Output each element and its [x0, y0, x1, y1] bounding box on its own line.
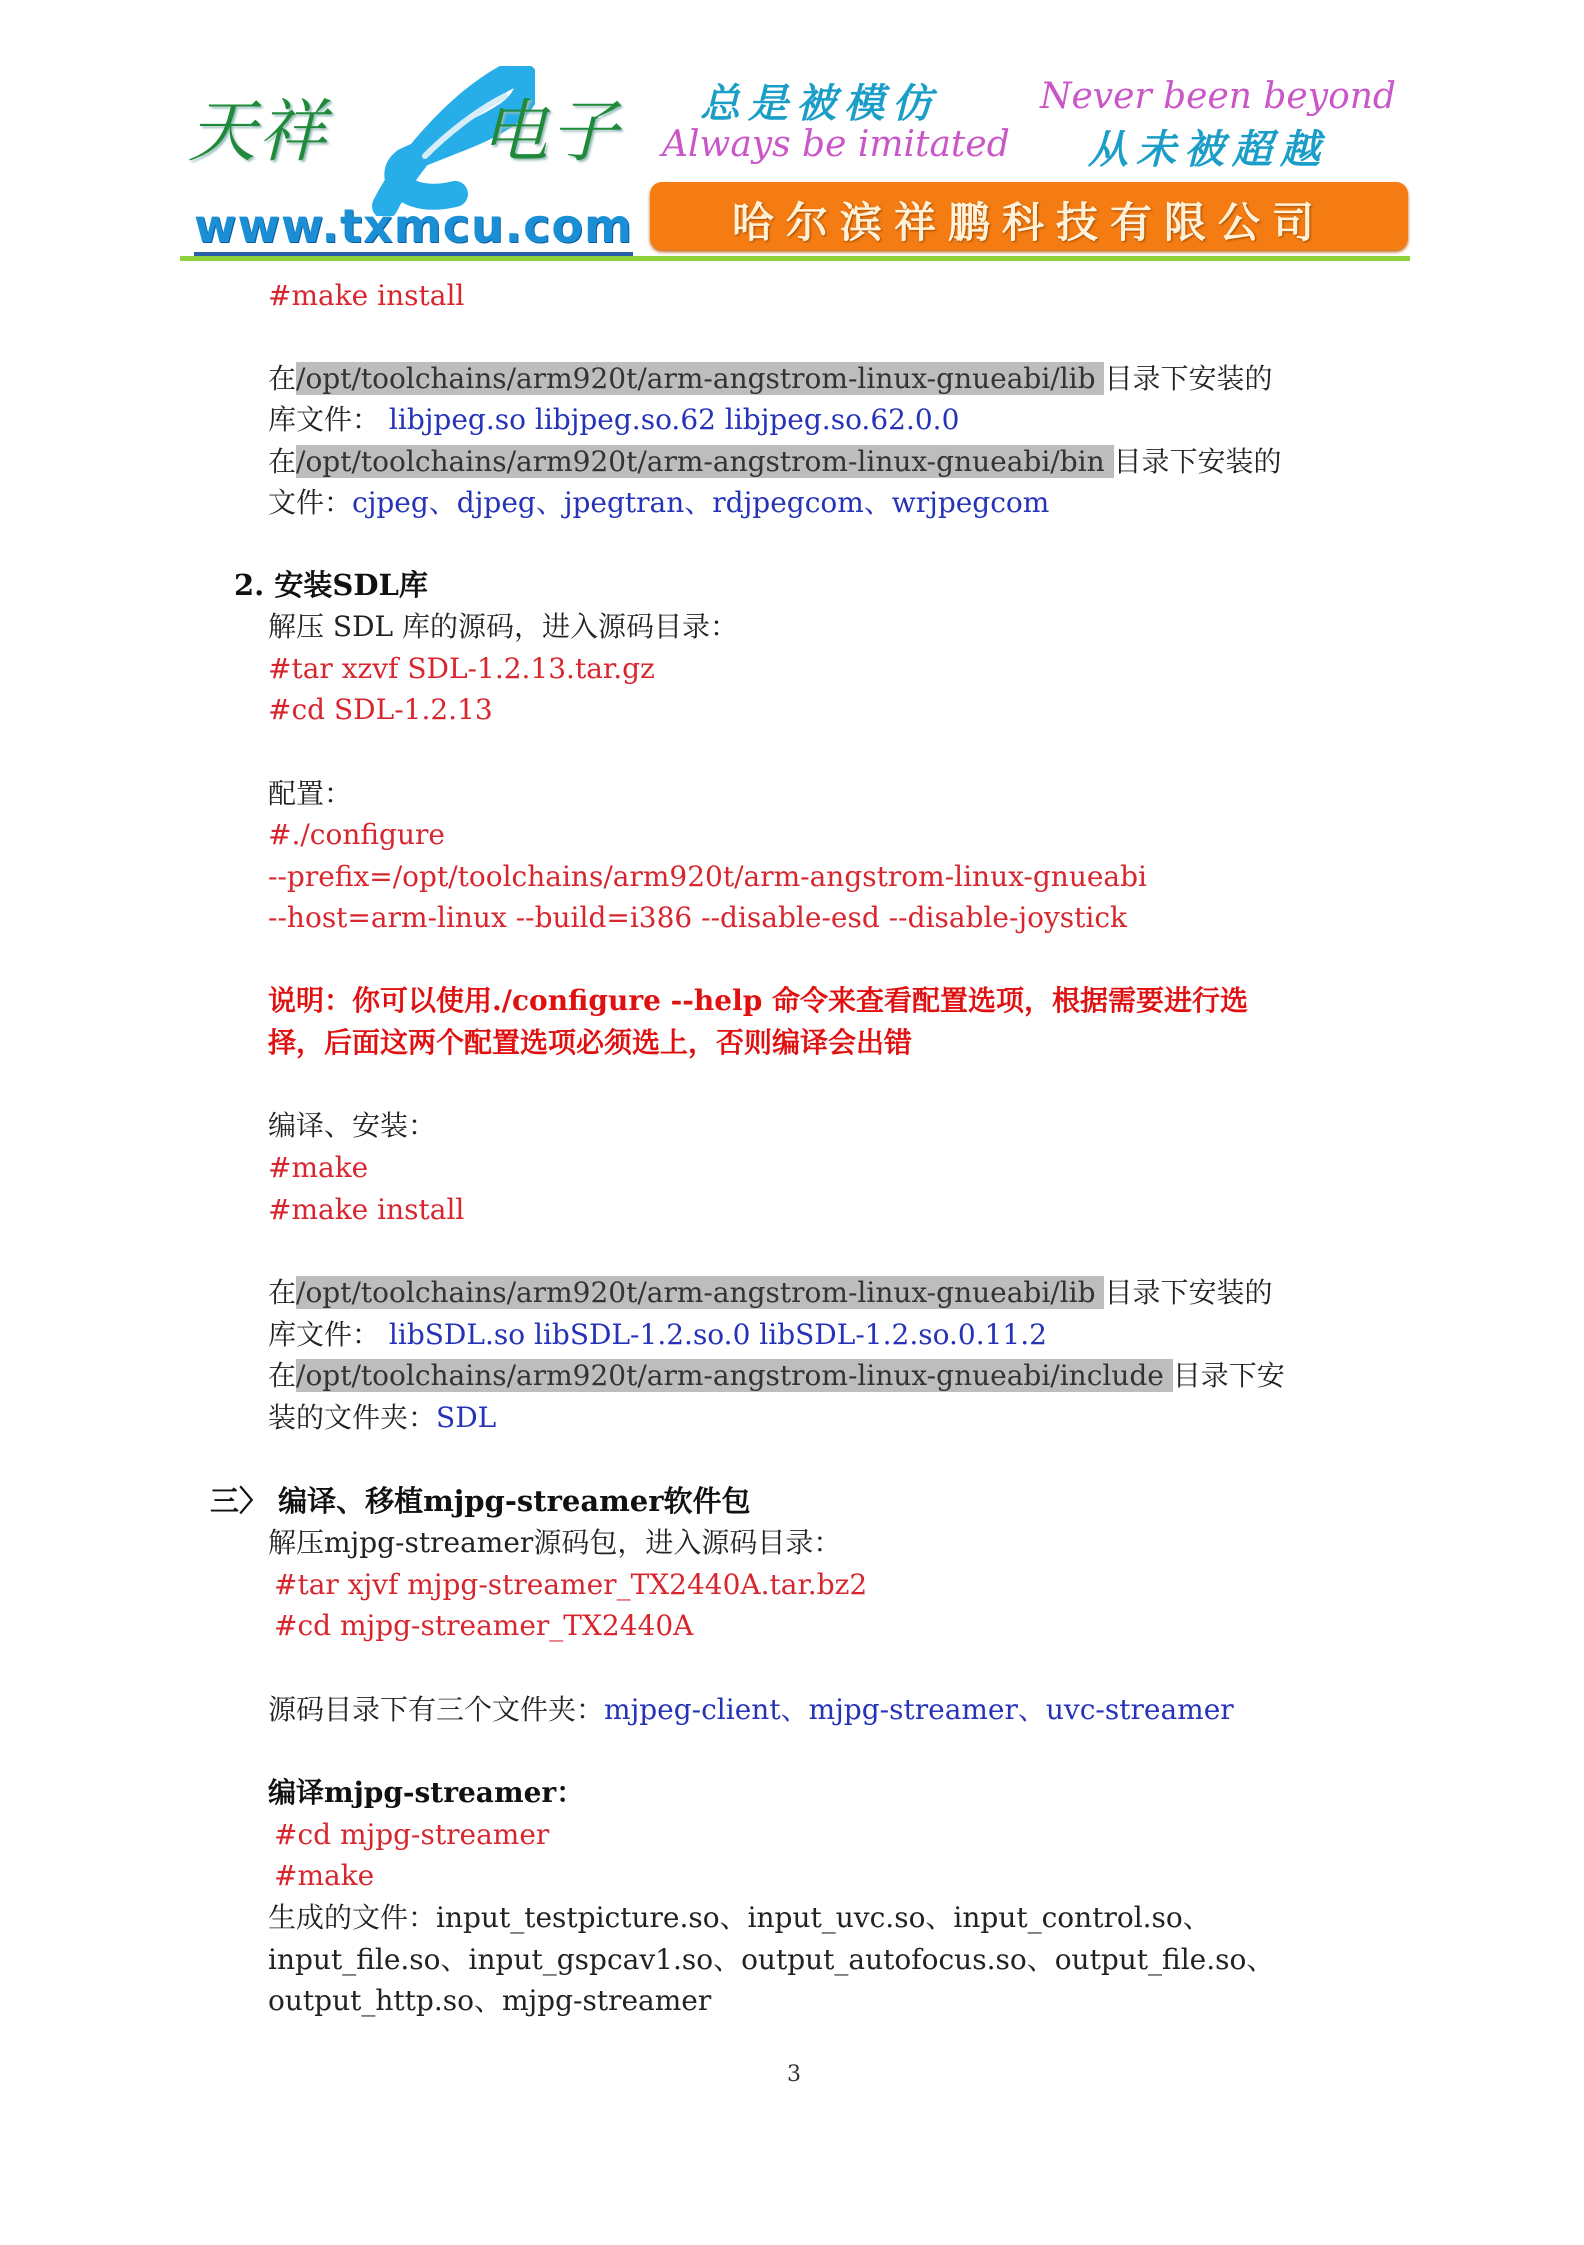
bin-path-highlight: /opt/toolchains/arm920t/arm-angstrom-lin… — [296, 445, 1105, 478]
slogan-cn-1: 总是被模仿 — [700, 72, 940, 129]
cmd-make-install: #make install — [268, 279, 464, 313]
cmd-make: #make — [268, 1151, 368, 1185]
cmd-make-install-sdl: #make install — [268, 1193, 464, 1227]
highlight-pad — [1164, 1359, 1173, 1392]
bin-files-line: 文件：cjpeg、djpeg、jpegtran、rdjpegcom、wrjpeg… — [268, 486, 1049, 520]
text: 目录下安装的 — [1104, 1276, 1272, 1309]
text: 在 — [268, 1276, 296, 1309]
sdl-folder-line: 装的文件夹：SDL — [268, 1401, 496, 1435]
label: 源码目录下有三个文件夹： — [268, 1693, 604, 1726]
logo-text-tianxiang: 天祥 — [188, 78, 328, 175]
text: 在 — [268, 362, 296, 395]
build-label: 编译、安装： — [268, 1109, 436, 1143]
cmd-cd-mjpg-streamer: #cd mjpg-streamer — [274, 1818, 549, 1852]
text: 目录下安装的 — [1104, 362, 1272, 395]
sdl-lib-files-line: 库文件： libSDL.so libSDL-1.2.so.0 libSDL-1.… — [268, 1318, 1047, 1352]
lib-files-line: 库文件： libjpeg.so libjpeg.so.62 libjpeg.so… — [268, 403, 959, 437]
sdl-include-path-highlight: /opt/toolchains/arm920t/arm-angstrom-lin… — [296, 1359, 1164, 1392]
sdl-lib-install-line: 在/opt/toolchains/arm920t/arm-angstrom-li… — [268, 1276, 1272, 1310]
cmd-cd-sdl: #cd SDL-1.2.13 — [268, 693, 493, 727]
slogan-en-1: Always be imitated — [662, 124, 1010, 165]
logo-url: www.txmcu.com — [194, 200, 633, 256]
sdl-lib-files: libSDL.so libSDL-1.2.so.0 libSDL-1.2.so.… — [389, 1318, 1047, 1351]
slogan-en-2: Never been beyond — [1040, 76, 1396, 117]
folders-list: mjpeg-client、mjpg-streamer、uvc-streamer — [604, 1693, 1234, 1726]
cmd-configure: #./configure — [268, 818, 445, 852]
label: 库文件： — [268, 403, 389, 436]
company-bar: 哈尔滨祥鹏科技有限公司 — [650, 182, 1408, 250]
lib-install-line: 在/opt/toolchains/arm920t/arm-angstrom-li… — [268, 362, 1272, 396]
company-name: 哈尔滨祥鹏科技有限公司 — [650, 190, 1408, 250]
label: 库文件： — [268, 1318, 389, 1351]
note-line-2: 择，后面这两个配置选项必须选上，否则编译会出错 — [268, 1026, 912, 1060]
label: 装的文件夹： — [268, 1401, 436, 1434]
header-divider — [180, 256, 1410, 261]
folders-line: 源码目录下有三个文件夹：mjpeg-client、mjpg-streamer、u… — [268, 1693, 1234, 1727]
logo-text-dianzi: 电子 — [480, 78, 620, 175]
text: 在 — [268, 445, 296, 478]
cmd-tar-sdl: #tar xzvf SDL-1.2.13.tar.gz — [268, 652, 655, 686]
cmd-tar-mjpg: #tar xjvf mjpg-streamer_TX2440A.tar.bz2 — [274, 1568, 867, 1602]
generated-files-line-2: input_file.so、input_gspcav1.so、output_au… — [268, 1943, 1274, 1977]
header-banner: 天祥 电子 www.txmcu.com 总是被模仿 Always be imit… — [180, 60, 1410, 260]
jpeg-bin-files: cjpeg、djpeg、jpegtran、rdjpegcom、wrjpegcom — [352, 486, 1049, 519]
build-mjpg-heading: 编译mjpg-streamer： — [268, 1776, 584, 1810]
cmd-make-mjpg: #make — [274, 1859, 374, 1893]
page-number: 3 — [787, 2062, 801, 2087]
sdl-intro: 解压 SDL 库的源码，进入源码目录： — [268, 610, 738, 644]
note-line-1: 说明：你可以使用./configure --help 命令来查看配置选项，根据需… — [268, 984, 1248, 1018]
sdl-include-line: 在/opt/toolchains/arm920t/arm-angstrom-li… — [268, 1359, 1285, 1393]
text: 目录下安 — [1173, 1359, 1285, 1392]
sdl-folder: SDL — [436, 1401, 496, 1434]
config-label: 配置： — [268, 777, 352, 811]
text: 目录下安装的 — [1114, 445, 1282, 478]
label: 文件： — [268, 486, 352, 519]
generated-files-line-1: 生成的文件：input_testpicture.so、input_uvc.so、… — [268, 1901, 1211, 1935]
section-2-heading: 2. 安装SDL库 — [234, 568, 428, 602]
cmd-prefix: --prefix=/opt/toolchains/arm920t/arm-ang… — [268, 860, 1147, 894]
generated-files-line-3: output_http.so、mjpg-streamer — [268, 1984, 711, 2018]
lib-path-highlight: /opt/toolchains/arm920t/arm-angstrom-lin… — [296, 362, 1096, 395]
slogan-cn-2: 从未被超越 — [1088, 118, 1328, 175]
text: 在 — [268, 1359, 296, 1392]
cmd-cd-mjpg: #cd mjpg-streamer_TX2440A — [274, 1609, 693, 1643]
mjpg-intro: 解压mjpg-streamer源码包，进入源码目录： — [268, 1526, 841, 1560]
jpeg-lib-files: libjpeg.so libjpeg.so.62 libjpeg.so.62.0… — [389, 403, 960, 436]
sdl-lib-path-highlight: /opt/toolchains/arm920t/arm-angstrom-lin… — [296, 1276, 1096, 1309]
section-3-heading: 三〉 编译、移植mjpg-streamer软件包 — [210, 1484, 751, 1518]
cmd-host: --host=arm-linux --build=i386 --disable-… — [268, 901, 1127, 935]
bin-install-line: 在/opt/toolchains/arm920t/arm-angstrom-li… — [268, 445, 1282, 479]
highlight-pad — [1105, 445, 1114, 478]
